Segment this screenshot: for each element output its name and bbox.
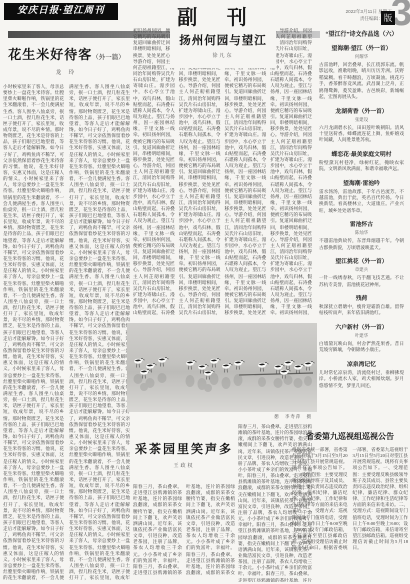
section-title: 副 刊 bbox=[152, 1, 272, 30]
article-garden-headline: 扬州何园与望江 徐凡东 bbox=[170, 28, 276, 68]
poem-text: 粉壁黛瓦村巷净，绿树红花，掩映农家院。文明新风吹满面，和谐幸福歌声远。 bbox=[315, 160, 408, 173]
date-block: 2022年3月11日 星期五 责任编辑：张凯 bbox=[312, 8, 392, 22]
poetry-column: “望江行”诗文作品选（六） 望海潮·望江（外一首） 何耀华 古雷池畔，回峦叠翠，… bbox=[315, 29, 408, 421]
article-garden: 初识扬州何园，便被它精巧的布局吸引。复道回廊曲折迂回，串楼明暗相间，移步换景，处… bbox=[133, 28, 312, 322]
article-tea-headline: 采茶园里笑声多 王政权 bbox=[133, 440, 235, 469]
poem-author: 何耀华 bbox=[315, 54, 408, 60]
poem-text: 六月龙湖碧水长，田田莲叶映朝阳。清风十里送荷香。蜂蝶流连花上舞，鱼虾嬉戏叶间藏，… bbox=[315, 125, 408, 144]
article-peanut: 花生米好待客（外一篇） 龙 玲 小时候家里来了客人，母亲总要炒上一盘花生米待客。… bbox=[3, 44, 130, 584]
poem-title: 凉泉湾记忆 bbox=[315, 359, 408, 368]
article-notice-title: 省委第九巡视组巡视公告 bbox=[292, 431, 408, 442]
poem-text: 雷水汤汤，雷池故郡，千年古邑流芳。不越雷池，典出于此，英名百代传扬。今日换新装。… bbox=[315, 189, 408, 215]
poem-text: 白墙黛瓦映山岗，村舍俨然花果香。昔日荒坡穷僻壤，今朝锦绣小康庄。 bbox=[315, 341, 408, 354]
poem-text: 一针一线绣春秋，巧手翻飞技艺遒。不让苏杭专美誉，雷池挑花冠神州。 bbox=[315, 275, 408, 288]
photo-caption: 憩 李寿萍 摄 bbox=[240, 414, 312, 420]
poem-text: 秋深犹立碧塘中，瘦骨迎霜韵自雄。留得枯枝听雨声，来年依旧满池红。 bbox=[315, 304, 408, 317]
article-peanut-title-text: 花生米好待客 bbox=[8, 47, 92, 62]
poem-section: 望海潮·望江（外一首） 何耀华 古雷池畔，回峦叠翠，长江绕郭东流。帆影远收，渔歌… bbox=[315, 43, 408, 101]
poem-title: 残荷 bbox=[315, 293, 408, 302]
poem-section: 望江挑花（外一首） 章建兵 一针一线绣春秋，巧手翻飞技艺遒。不让苏杭专美誉，雷池… bbox=[315, 256, 408, 288]
editor-line: 责任编辑：张凯 bbox=[312, 15, 392, 22]
poem-text: 古雷池畔，回峦叠翠，长江绕郭东流。帆影远收，渔歌唱晚，晴川历历芳洲。沃野稻粱稠。… bbox=[315, 62, 408, 101]
article-garden-author: 徐凡东 bbox=[170, 52, 276, 59]
poem-section: 残荷 秋深犹立碧塘中，瘦骨迎霜韵自雄。留得枯枝听雨声，来年依旧满池红。 bbox=[315, 293, 408, 317]
poem-section: 凉泉湾记忆 儿时常忆凉泉湾，清流绕村过，垂柳拂堤岸。小桥流水人家，鸡犬相闻炊烟。… bbox=[315, 359, 408, 389]
page-label-badge: 版 bbox=[381, 11, 395, 25]
poem-author: 张建设 bbox=[315, 117, 408, 123]
poem-section: 六户新村（外一首） 叶建华 白墙黛瓦映山岗，村舍俨然花果香。昔日荒坡穷僻壤，今朝… bbox=[315, 322, 408, 354]
poem-section: 雷池怀古 陈灿华 不越雷池典故传，东晋烽烟越千年。今朝古郡换新貌，万顷碧波映蓝天… bbox=[315, 219, 408, 251]
poem-title: 望海潮·望江（外一首） bbox=[315, 43, 408, 52]
article-tea-title: 采茶园里笑声多 bbox=[133, 440, 235, 457]
article-garden-title: 扬州何园与望江 bbox=[170, 32, 276, 48]
poem-section: 龙湖荷香（外一首） 张建设 六月龙湖碧水长，田田莲叶映朝阳。清风十里送荷香。蜂蝶… bbox=[315, 106, 408, 144]
article-notice-body: 根据省委统一部署，省委第九巡视组于3月15日至5月20日对望江县开展常规巡视。现… bbox=[292, 447, 408, 584]
article-tea-author: 王政权 bbox=[133, 462, 235, 469]
masthead-logo: 安庆日报·望江周刊 bbox=[4, 3, 118, 20]
article-tea-body-left: 阳春三月，茶山叠翠。走进望江县鸦滩镇的茶叶基地，连片的茶园绿浪翻滚，成群的采茶女… bbox=[133, 484, 235, 582]
article-peanut-title: 花生米好待客（外一篇） bbox=[3, 44, 130, 63]
poem-author: 叶建华 bbox=[315, 333, 408, 339]
birds-photo-image bbox=[127, 323, 317, 412]
poem-title: 望江挑花（外一首） bbox=[315, 256, 408, 265]
article-garden-body: 初识扬州何园，便被它精巧的布局吸引。复道回廊曲折迂回，串楼明暗相间，移步换景，处… bbox=[133, 28, 312, 322]
poem-title: 蝶恋花·最美家庭文明村 bbox=[315, 149, 408, 158]
poem-section: 望海潮·雷池吟 雷水汤汤，雷池故郡，千年古邑流芳。不越雷池，典出于此，英名百代传… bbox=[315, 178, 408, 215]
poem-author: 陈灿华 bbox=[315, 230, 408, 236]
poem-section: 蝶恋花·最美家庭文明村 粉壁黛瓦村巷净，绿树红花，掩映农家院。文明新风吹满面，和… bbox=[315, 149, 408, 173]
poem-title: 六户新村（外一首） bbox=[315, 322, 408, 331]
poem-title: 龙湖荷香（外一首） bbox=[315, 106, 408, 115]
article-peanut-author: 龙 玲 bbox=[3, 68, 130, 76]
article-notice: 省委第九巡视组巡视公告 根据省委统一部署，省委第九巡视组于3月15日至5月20日… bbox=[292, 431, 408, 583]
newspaper-page: 安庆日报·望江周刊 副 刊 2022年3月11日 星期五 责任编辑：张凯 3 版… bbox=[0, 0, 410, 584]
birds-photo bbox=[127, 323, 317, 412]
poem-text: 不越雷池典故传，东晋烽烟越千年。今朝古郡换新貌，万顷碧波映蓝天。 bbox=[315, 238, 408, 251]
poetry-column-header: “望江行”诗文作品选（六） bbox=[315, 29, 408, 38]
article-peanut-title-suffix: （外一篇） bbox=[92, 54, 125, 61]
poem-text: 儿时常忆凉泉湾，清流绕村过，垂柳拂堤岸。小桥流水人家，鸡犬相闻炊烟。岁月悠悠情不… bbox=[315, 370, 408, 389]
poem-title: 望海潮·雷池吟 bbox=[315, 178, 408, 187]
poem-title: 雷池怀古 bbox=[315, 219, 408, 228]
poem-author: 章建兵 bbox=[315, 267, 408, 273]
date-line: 2022年3月11日 星期五 bbox=[312, 8, 392, 15]
article-peanut-body: 小时候家里来了客人，母亲总要炒上一盘花生米待客。灶膛里柴火噼啪作响，铁锅里的花生… bbox=[3, 84, 130, 584]
